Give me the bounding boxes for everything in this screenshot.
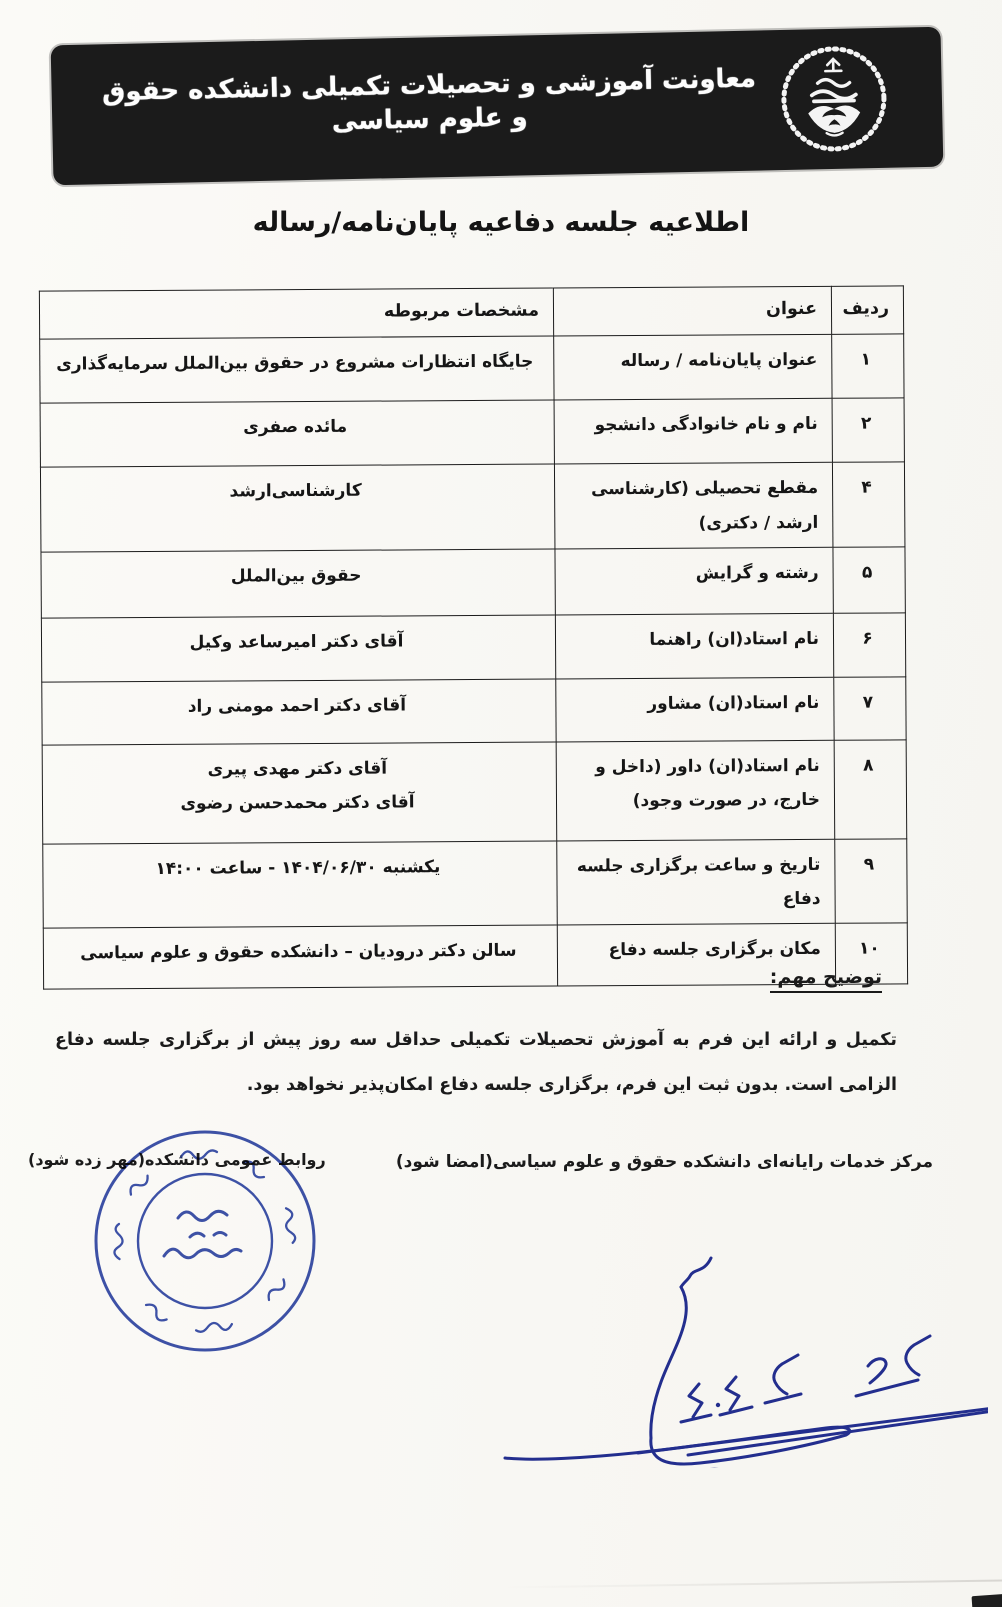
row-label-cell: نام استاد(ان) مشاور: [556, 677, 834, 742]
handwritten-blue-signature-icon: [478, 1233, 988, 1468]
defense-form-table-wrap: ردیف عنوان مشخصات مربوطه ۱ عنوان پایان‌ن…: [40, 285, 908, 990]
row-value-cell: مائده صفری: [40, 400, 554, 467]
header-cell-label: عنوان: [553, 286, 831, 336]
note-heading: توضیح مهم:: [770, 966, 882, 993]
row-number-cell: ۱: [832, 334, 904, 398]
row-label-cell: نام و نام خانوادگی دانشجو: [554, 398, 832, 464]
row-number-cell: ۵: [833, 546, 905, 612]
note-body: تکمیل و ارائه این فرم به آموزش تحصیلات ت…: [55, 1018, 897, 1107]
row-label-cell: مقطع تحصیلی (کارشناسی ارشد / دکتری): [554, 462, 833, 548]
scan-streak-artifact: [502, 1580, 1002, 1589]
table-row: ۵ رشته و گرایش حقوق بین‌الملل: [41, 546, 905, 617]
table-row: ۸ نام استاد(ان) داور (داخل و خارج، در صو…: [42, 739, 907, 843]
header-cell-row-number: ردیف: [831, 286, 903, 334]
table-header-row: ردیف عنوان مشخصات مربوطه: [39, 286, 903, 339]
row-label-cell: تاریخ و ساعت برگزاری جلسه دفاع: [557, 839, 836, 925]
row-value-cell: جایگاه انتظارات مشروع در حقوق بین‌الملل …: [40, 336, 554, 403]
row-value-cell: آقای دکتر احمد مومنی راد: [42, 679, 556, 745]
row-label-cell: عنوان پایان‌نامه / رساله: [554, 334, 832, 400]
scanned-form-page: معاونت آموزشی و تحصیلات تکمیلی دانشکده ح…: [0, 0, 1002, 1607]
row-label-cell: رشته و گرایش: [555, 547, 833, 615]
row-number-cell: ۸: [834, 739, 907, 838]
signature-section-label: مرکز خدمات رایانه‌ای دانشکده حقوق و علوم…: [396, 1152, 933, 1172]
header-cell-value: مشخصات مربوطه: [39, 288, 553, 339]
scan-corner-artifact: [972, 1594, 1002, 1607]
row-number-cell: ۷: [834, 676, 906, 739]
row-value-cell: یکشنبه ۱۴۰۴/۰۶/۳۰ - ساعت ۱۴:۰۰: [43, 841, 558, 929]
row-label-cell: نام استاد(ان) داور (داخل و خارج، در صورت…: [556, 740, 835, 841]
table-row: ۱ عنوان پایان‌نامه / رساله جایگاه انتظار…: [40, 334, 904, 403]
banner-title: معاونت آموزشی و تحصیلات تکمیلی دانشکده ح…: [91, 30, 769, 176]
table-row: ۲ نام و نام خانوادگی دانشجو مائده صفری: [40, 398, 904, 467]
row-number-cell: ۹: [835, 838, 908, 923]
row-value-cell: کارشناسی‌ارشد: [40, 464, 555, 552]
table-row: ۷ نام استاد(ان) مشاور آقای دکتر احمد موم…: [42, 676, 906, 744]
row-value-cell: آقای دکتر امیرساعد وکیل: [41, 615, 555, 682]
page-title: اطلاعیه جلسه دفاعیه پایان‌نامه/رساله: [0, 207, 1002, 238]
defense-form-table: ردیف عنوان مشخصات مربوطه ۱ عنوان پایان‌ن…: [39, 285, 908, 990]
table-row: ۹ تاریخ و ساعت برگزاری جلسه دفاع یکشنبه …: [43, 838, 908, 928]
table-row: ۶ نام استاد(ان) راهنما آقای دکتر امیرساع…: [41, 612, 905, 681]
round-blue-faculty-stamp-icon: [86, 1122, 324, 1360]
university-of-tehran-seal-icon: [777, 42, 891, 156]
row-number-cell: ۲: [832, 398, 904, 462]
row-label-cell: نام استاد(ان) راهنما: [555, 613, 833, 679]
table-row: ۴ مقطع تحصیلی (کارشناسی ارشد / دکتری) کا…: [40, 462, 905, 552]
row-number-cell: ۴: [832, 462, 905, 547]
row-value-cell: آقای دکتر مهدی پیری آقای دکتر محمدحسن رض…: [42, 742, 557, 844]
row-number-cell: ۶: [833, 612, 905, 676]
row-value-cell: سالن دکتر درودیان – دانشکده حقوق و علوم …: [43, 925, 557, 989]
row-value-cell: حقوق بین‌الملل: [41, 549, 555, 618]
header-banner: معاونت آموزشی و تحصیلات تکمیلی دانشکده ح…: [51, 27, 944, 186]
